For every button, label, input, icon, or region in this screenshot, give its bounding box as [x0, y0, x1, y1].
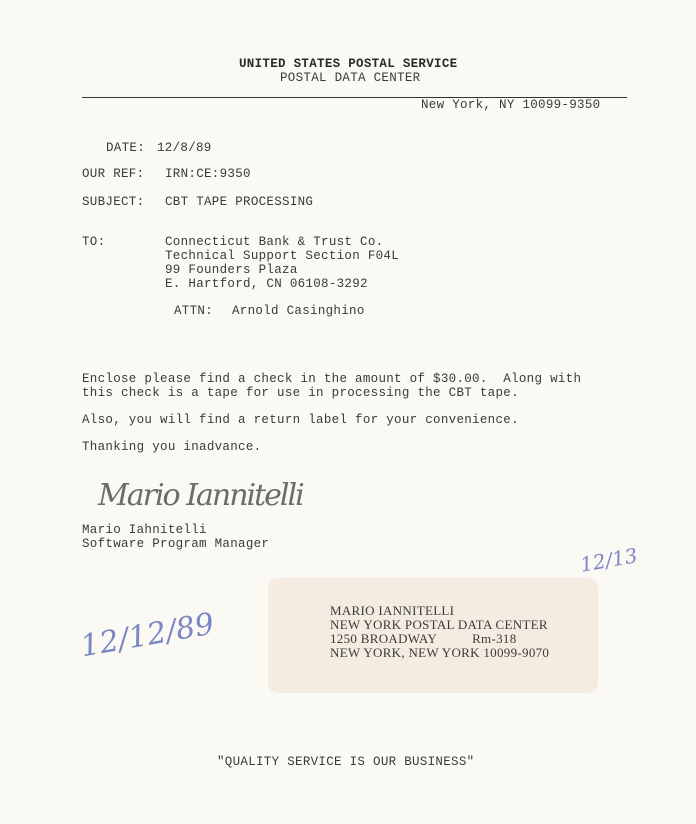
- body-line: this check is a tape for use in processi…: [82, 386, 519, 400]
- return-label-line: NEW YORK POSTAL DATA CENTER: [330, 618, 548, 632]
- ref-value: IRN:CE:9350: [165, 167, 251, 181]
- signer-name: Mario Iahnitelli: [82, 523, 207, 537]
- return-label-line: 1250 BROADWAY Rm-318: [330, 632, 517, 646]
- handwritten-date-left: 12/12/89: [78, 607, 217, 665]
- body-line: Enclose please find a check in the amoun…: [82, 372, 581, 386]
- subject-value: CBT TAPE PROCESSING: [165, 195, 313, 209]
- body-line: Also, you will find a return label for y…: [82, 413, 519, 427]
- return-label-line: MARIO IANNITELLI: [330, 604, 454, 618]
- body-line: Thanking you inadvance.: [82, 440, 261, 454]
- to-label: TO:: [82, 235, 105, 249]
- date-label: DATE:: [106, 141, 145, 155]
- attn-value: Arnold Casinghino: [232, 304, 365, 318]
- handwritten-date-right: 12/13: [578, 543, 639, 577]
- letterhead-org: UNITED STATES POSTAL SERVICE: [239, 57, 457, 71]
- handwritten-signature: Mario Iannitelli: [98, 478, 303, 513]
- footer-motto: "QUALITY SERVICE IS OUR BUSINESS": [217, 755, 474, 769]
- attn-label: ATTN:: [174, 304, 213, 318]
- recipient-line: Technical Support Section F04L: [165, 249, 399, 263]
- return-label-line: NEW YORK, NEW YORK 10099-9070: [330, 646, 549, 660]
- ref-label: OUR REF:: [82, 167, 144, 181]
- recipient-line: Connecticut Bank & Trust Co.: [165, 235, 383, 249]
- recipient-line: E. Hartford, CN 06108-3292: [165, 277, 368, 291]
- letterhead-location: New York, NY 10099-9350: [421, 98, 600, 112]
- subject-label: SUBJECT:: [82, 195, 144, 209]
- date-value: 12/8/89: [157, 141, 212, 155]
- letterhead-dept: POSTAL DATA CENTER: [280, 71, 420, 85]
- signer-title: Software Program Manager: [82, 537, 269, 551]
- recipient-line: 99 Founders Plaza: [165, 263, 298, 277]
